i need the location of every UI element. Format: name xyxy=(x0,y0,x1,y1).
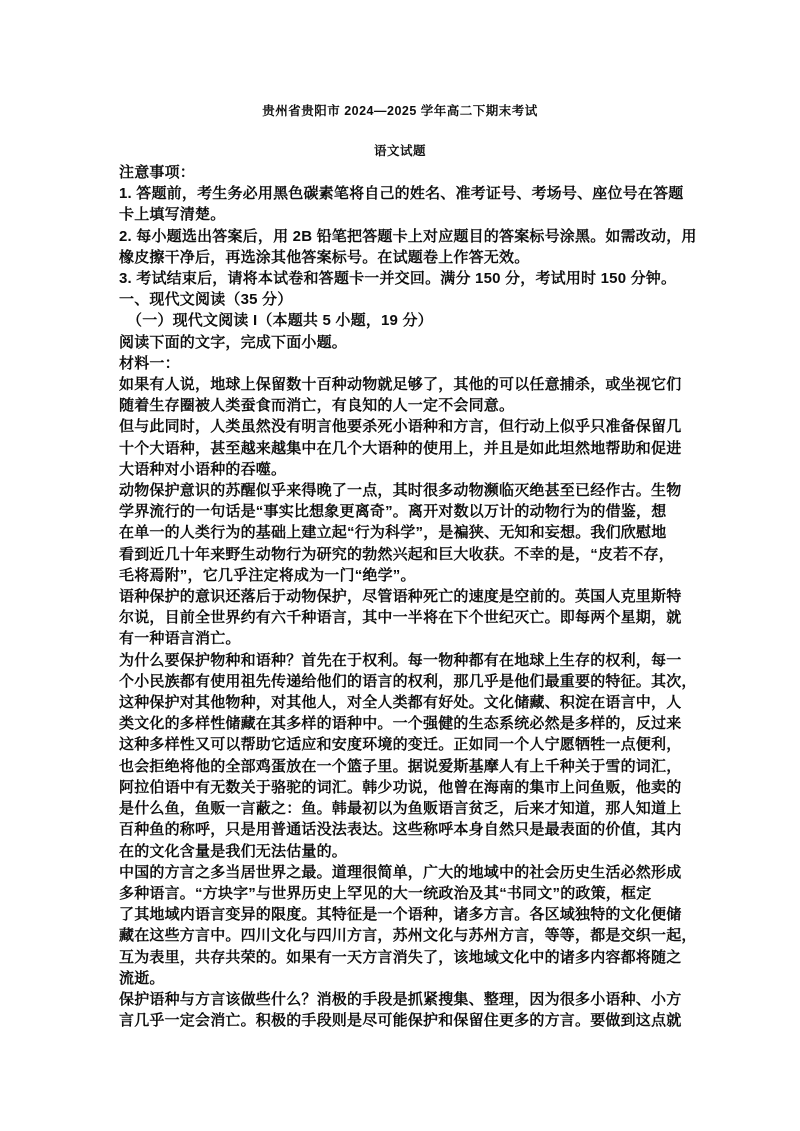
page-title: 贵州省贵阳市 2024—2025 学年高二下期末考试 xyxy=(0,101,800,119)
text-line: 大语种对小语种的吞噬。 xyxy=(119,459,685,480)
text-line: 保护语种与方言该做些什么？消极的手段是抓紧搜集、整理，因为很多小语种、小方 xyxy=(119,989,685,1010)
text-line: 互为表里，共存共荣的。如果有一天方言消失了，该地域文化中的诸多内容都将随之 xyxy=(119,947,685,968)
text-line: 阿拉伯语中有无数关于骆驼的词汇。韩少功说，他曾在海南的集市上问鱼贩，他卖的 xyxy=(119,777,685,798)
text-line: 注意事项： xyxy=(119,162,685,183)
text-line: 语种保护的意识还落后于动物保护，尽管语种死亡的速度是空前的。英国人克里斯特 xyxy=(119,586,685,607)
text-line: 了其地域内语言变异的限度。其特征是一个语种，诸多方言。各区域独特的文化便储 xyxy=(119,904,685,925)
text-line: 藏在这些方言中。四川文化与四川方言，苏州文化与苏州方言，等等，都是交织一起， xyxy=(119,925,685,946)
text-line: 也会拒绝将他的全部鸡蛋放在一个篮子里。据说爱斯基摩人有上千种关于雪的词汇， xyxy=(119,756,685,777)
text-line: 看到近几十年来野生动物行为研究的勃然兴起和巨大收获。不幸的是，“皮若不存， xyxy=(119,544,685,565)
document-body: 注意事项：1. 答题前，考生务必用黑色碳素笔将自己的姓名、准考证号、考场号、座位… xyxy=(119,162,685,1031)
text-line: 卡上填写清楚。 xyxy=(119,204,685,225)
text-line: 动物保护意识的苏醒似乎来得晚了一点，其时很多动物濒临灭绝甚至已经作古。生物 xyxy=(119,480,685,501)
text-line: 言几乎一定会消亡。积极的手段则是尽可能保护和保留住更多的方言。要做到这点就 xyxy=(119,1010,685,1031)
text-line: 在的文化含量是我们无法估量的。 xyxy=(119,841,685,862)
text-line: 学界流行的一句话是“事实比想象更离奇”。离开对数以万计的动物行为的借鉴，想 xyxy=(119,501,685,522)
text-line: 一、现代文阅读（35 分） xyxy=(119,289,685,310)
text-line: 尔说，目前全世界约有六千种语言，其中一半将在下个世纪灭亡。即每两个星期，就 xyxy=(119,607,685,628)
text-line: 阅读下面的文字，完成下面小题。 xyxy=(119,332,685,353)
text-line: （一）现代文阅读 I（本题共 5 小题，19 分） xyxy=(119,310,685,331)
text-line: 这种保护对其他物种，对其他人，对全人类都有好处。文化储藏、积淀在语言中，人 xyxy=(119,692,685,713)
text-line: 1. 答题前，考生务必用黑色碳素笔将自己的姓名、准考证号、考场号、座位号在答题 xyxy=(119,183,685,204)
text-line: 2. 每小题选出答案后，用 2B 铅笔把答题卡上对应题目的答案标号涂黑。如需改动… xyxy=(119,226,685,247)
text-line: 这种多样性又可以帮助它适应和安度环境的变迁。正如同一个人宁愿牺牲一点便利， xyxy=(119,734,685,755)
text-line: 在单一的人类行为的基础上建立起“行为科学”，是褊狭、无知和妄想。我们欣慰地 xyxy=(119,522,685,543)
text-line: 随着生存圈被人类蚕食而消亡，有良知的人一定不会同意。 xyxy=(119,395,685,416)
text-line: 3. 考试结束后，请将本试卷和答题卡一并交回。满分 150 分，考试用时 150… xyxy=(119,268,685,289)
text-line: 百种鱼的称呼，只是用普通话没法表达。这些称呼本身自然只是最表面的价值，其内 xyxy=(119,819,685,840)
text-line: 十个大语种，甚至越来越集中在几个大语种的使用上，并且是如此坦然地帮助和促进 xyxy=(119,438,685,459)
text-line: 但与此同时，人类虽然没有明言他要杀死小语种和方言，但行动上似乎只准备保留几 xyxy=(119,416,685,437)
text-line: 类文化的多样性储藏在其多样的语种中。一个强健的生态系统必然是多样的，反过来 xyxy=(119,713,685,734)
text-line: 橡皮擦干净后，再选涂其他答案标号。在试题卷上作答无效。 xyxy=(119,247,685,268)
text-line: 个小民族都有使用祖先传递给他们的语言的权利，那几乎是他们最重要的特征。其次， xyxy=(119,671,685,692)
text-line: 有一种语言消亡。 xyxy=(119,628,685,649)
exam-paper-page: 贵州省贵阳市 2024—2025 学年高二下期末考试 语文试题 注意事项：1. … xyxy=(0,0,800,1131)
text-line: 材料一： xyxy=(119,353,685,374)
page-subtitle: 语文试题 xyxy=(0,141,800,159)
text-line: 多种语言。“方块字”与世界历史上罕见的大一统政治及其“书同文”的政策，框定 xyxy=(119,883,685,904)
text-line: 流逝。 xyxy=(119,968,685,989)
text-line: 如果有人说，地球上保留数十百种动物就足够了，其他的可以任意捕杀，或坐视它们 xyxy=(119,374,685,395)
text-line: 中国的方言之多当居世界之最。道理很简单，广大的地域中的社会历史生活必然形成 xyxy=(119,862,685,883)
text-line: 为什么要保护物种和语种？首先在于权利。每一物种都有在地球上生存的权利，每一 xyxy=(119,650,685,671)
text-line: 是什么鱼，鱼贩一言蔽之：鱼。韩最初以为鱼贩语言贫乏，后来才知道，那人知道上 xyxy=(119,798,685,819)
text-line: 毛将焉附”，它几乎注定将成为一门“绝学”。 xyxy=(119,565,685,586)
